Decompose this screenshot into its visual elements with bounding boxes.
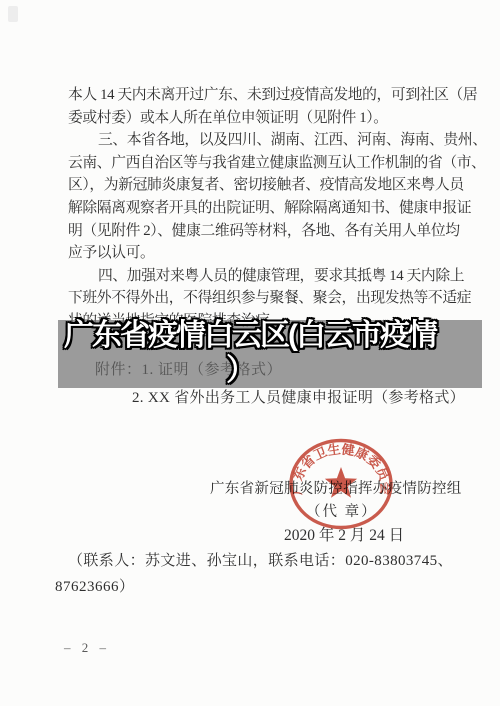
watermark-title: 广东省疫情白云区(白云市疫情 ） <box>0 318 500 388</box>
body-line: 下班外不得外出，不得组织参与聚餐、聚会，出现发热等不适症 <box>68 287 462 310</box>
body-line: 四、加强对来粤人员的健康管理，要求其抵粤 14 天内除上 <box>68 265 462 288</box>
body-line: 明（见附件 2）、健康二维码等材料，各地、各有关用人单位均 <box>68 220 462 243</box>
document-page: 本人 14 天内未离开过广东、未到过疫情高发地的，可到社区（居 委或村委）或本人… <box>0 0 500 706</box>
contact-line-2: 87623666） <box>55 575 135 596</box>
page-number: – 2 – <box>64 640 110 656</box>
attachment-line-2: 2. XX 省外出务工人员健康申报证明（参考格式） <box>132 386 465 407</box>
official-seal: 广东省卫生健康委员会 <box>286 436 396 534</box>
body-line: 三、本省各地，以及四川、湖南、江西、河南、海南、贵州、 <box>68 129 462 152</box>
scan-artifact <box>8 6 18 22</box>
document-body: 本人 14 天内未离开过广东、未到过疫情高发地的，可到社区（居 委或村委）或本人… <box>68 84 462 333</box>
watermark-title-line2: ） <box>0 353 490 388</box>
contact-line-1: （联系人：苏文进、孙宝山，联系电话：020-83803745、 <box>68 549 453 570</box>
body-line: 解除隔离观察者开具的出院证明、解除隔离通知书、健康申报证 <box>68 197 462 220</box>
body-line: 区），为新冠肺炎康复者、密切接触者、疫情高发地区来粤人员 <box>68 174 462 197</box>
seal-star-icon <box>325 467 357 498</box>
watermark-title-line1: 广东省疫情白云区(白云市疫情 <box>0 318 500 353</box>
body-line: 本人 14 天内未离开过广东、未到过疫情高发地的，可到社区（居 <box>68 84 462 107</box>
body-line: 云南、广西自治区等与我省建立健康监测互认工作机制的省（市、 <box>68 152 462 175</box>
body-line: 应予以认可。 <box>68 242 462 265</box>
body-line: 委或村委）或本人所在单位申领证明（见附件 1）。 <box>68 107 462 130</box>
